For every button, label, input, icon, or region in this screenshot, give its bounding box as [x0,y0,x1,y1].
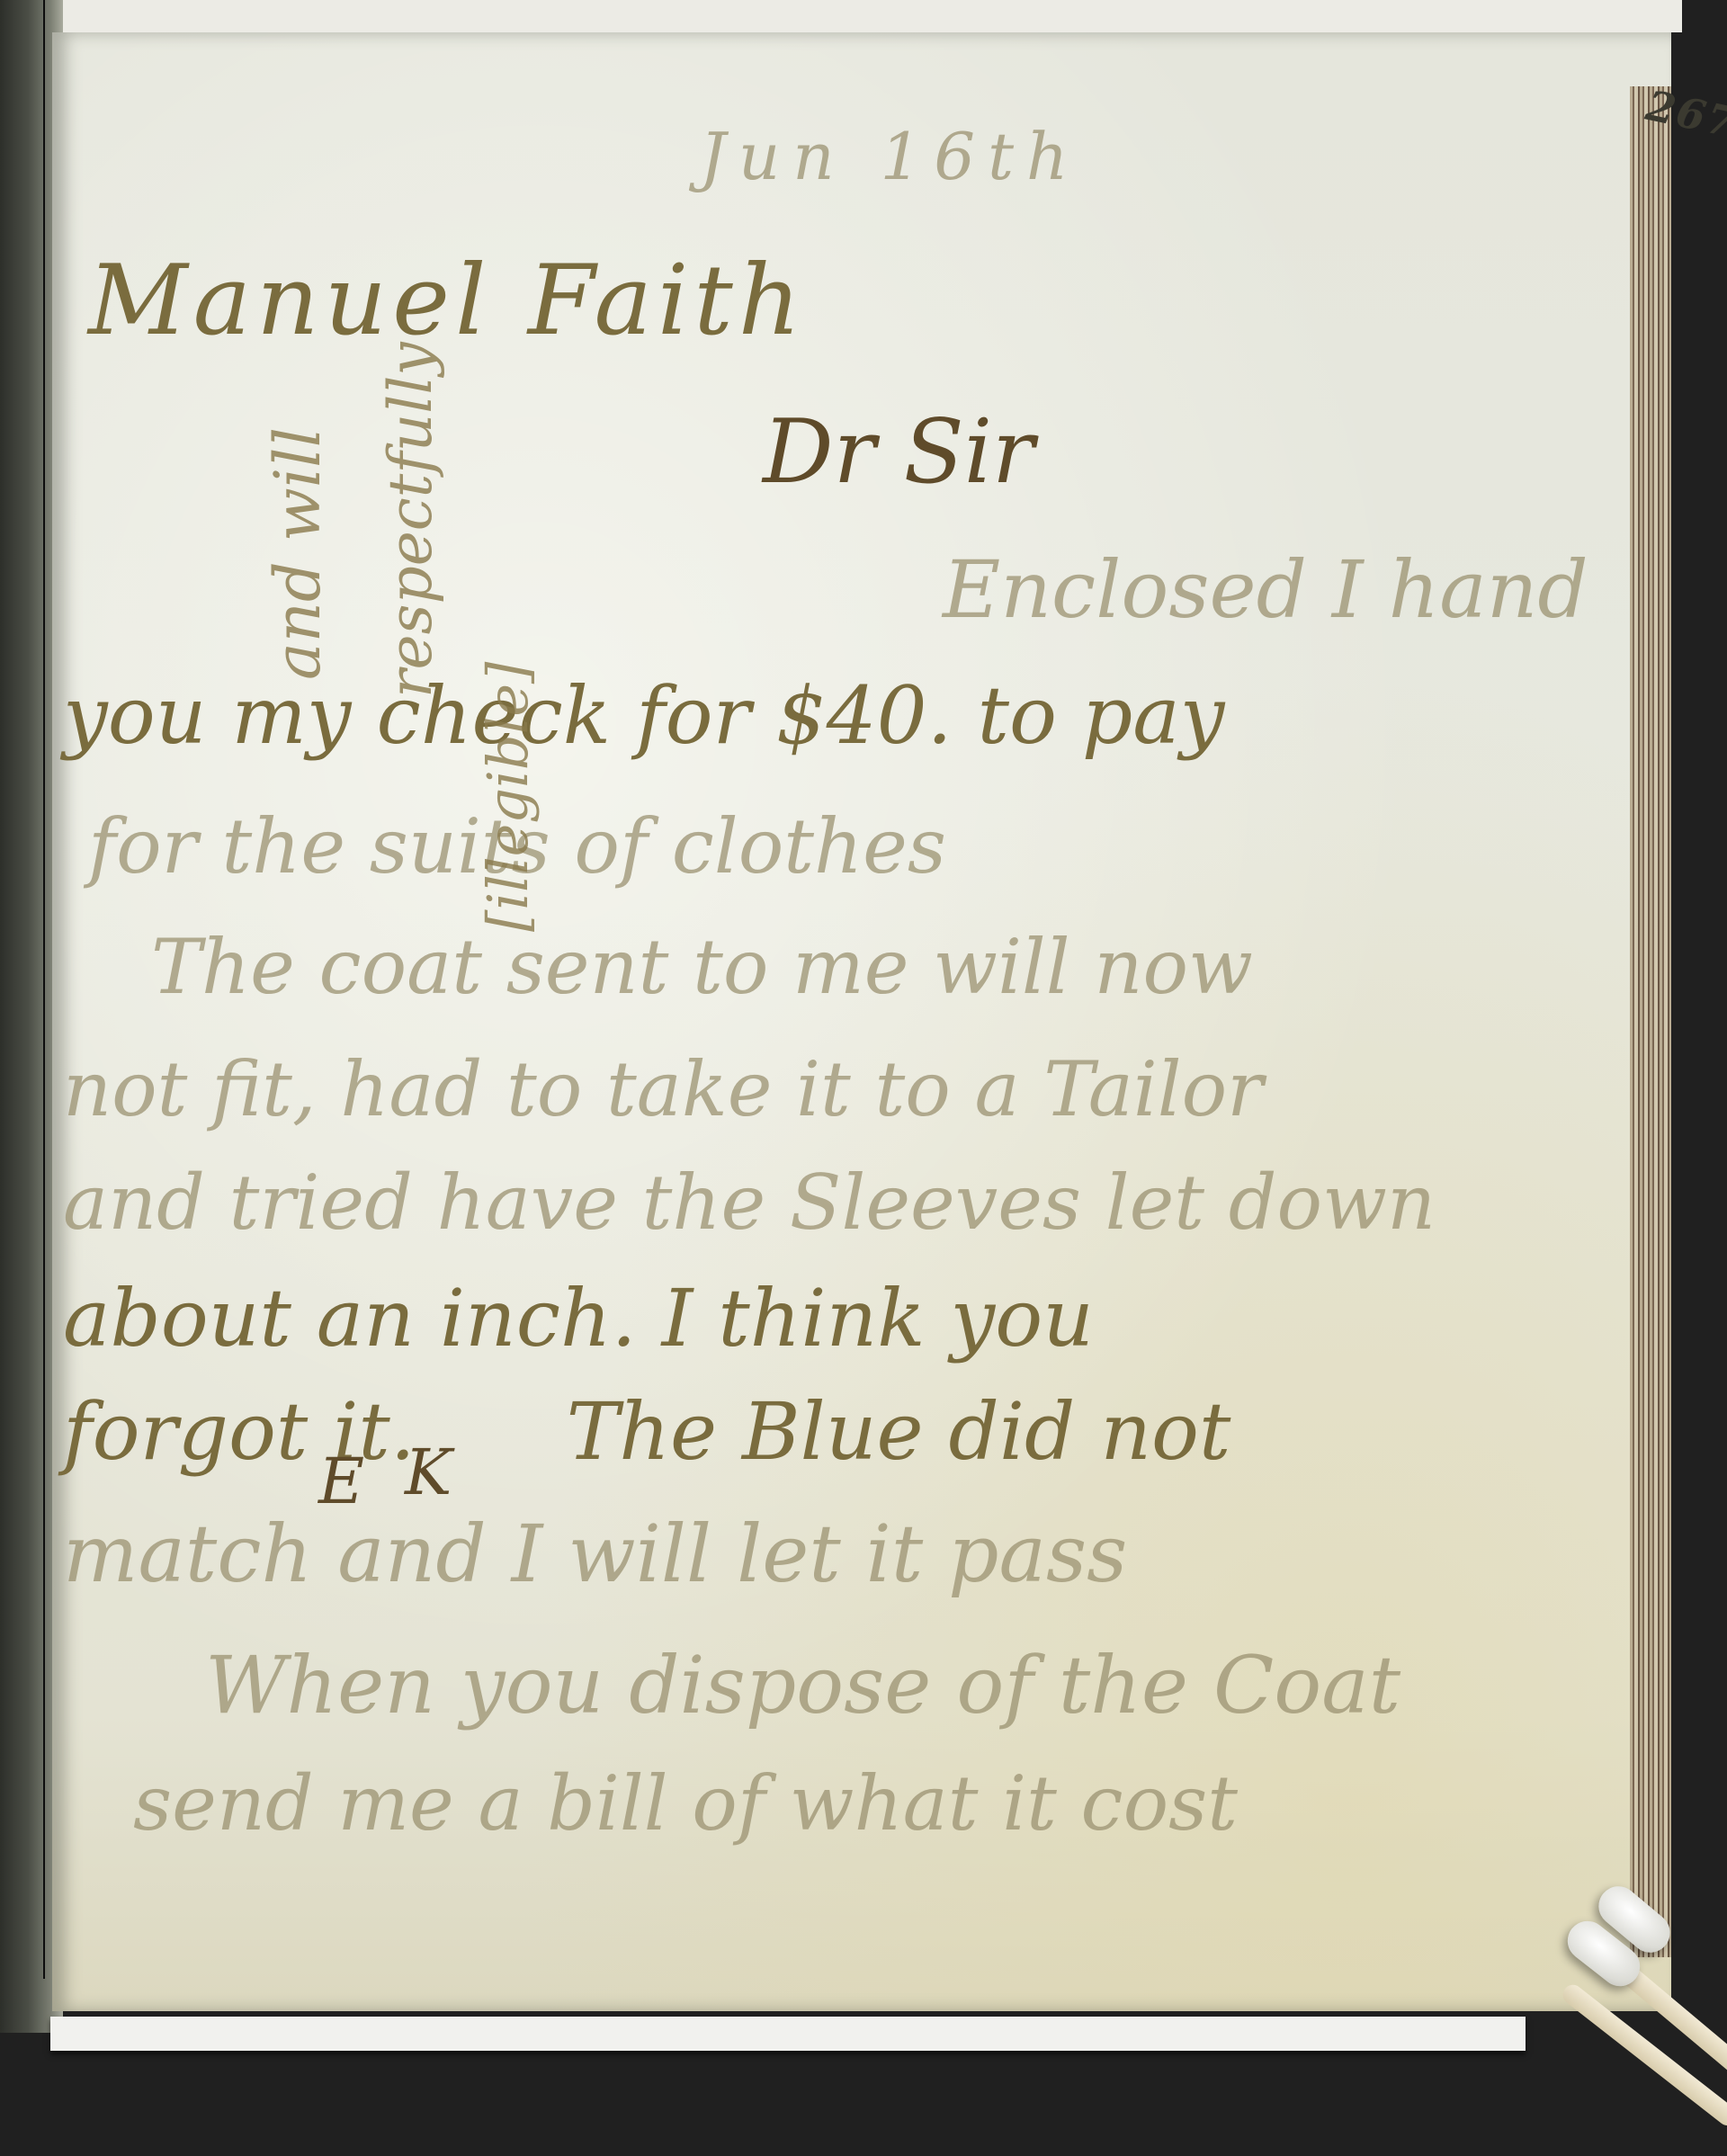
body-line-10: When you dispose of the Coat [205,1639,1400,1731]
body-line-6: and tried have the Sleeves let down [63,1159,1436,1247]
body-line-1: Enclosed I hand [943,543,1588,636]
addressee: Manuel Faith [88,245,806,357]
closing-mark-1: E [318,1445,364,1518]
body-line-5: not fit, had to take it to a Tailor [63,1045,1263,1133]
body-line-2: you my check for $40. to pay [63,669,1224,762]
body-line-4: The coat sent to me will now [151,923,1253,1011]
sideways-annotation-3: [illegible] [475,662,541,932]
body-line-11: send me a bill of what it cost [133,1759,1238,1847]
letter-page: 267 Jun 16th Manuel Faith Dr Sir Enclose… [52,32,1671,2011]
body-line-8: forgot it. The Blue did not [63,1385,1230,1478]
sideways-annotation-1: and will [261,427,335,680]
body-line-9: match and I will let it pass [63,1507,1127,1600]
body-line-7: about an inch. I think you [63,1272,1094,1364]
salutation: Dr Sir [763,401,1034,504]
binding-crease [43,0,45,1979]
backing-sheet-top [63,0,1682,32]
date-line: Jun 16th [700,119,1080,194]
page-stack-edge [1630,86,1671,1957]
sideways-annotation-2: respectfully [376,342,445,698]
manuscript-scan: 267 Jun 16th Manuel Faith Dr Sir Enclose… [0,0,1727,2156]
closing-mark-2: K [405,1436,452,1509]
backing-sheet-bottom [50,2017,1526,2051]
